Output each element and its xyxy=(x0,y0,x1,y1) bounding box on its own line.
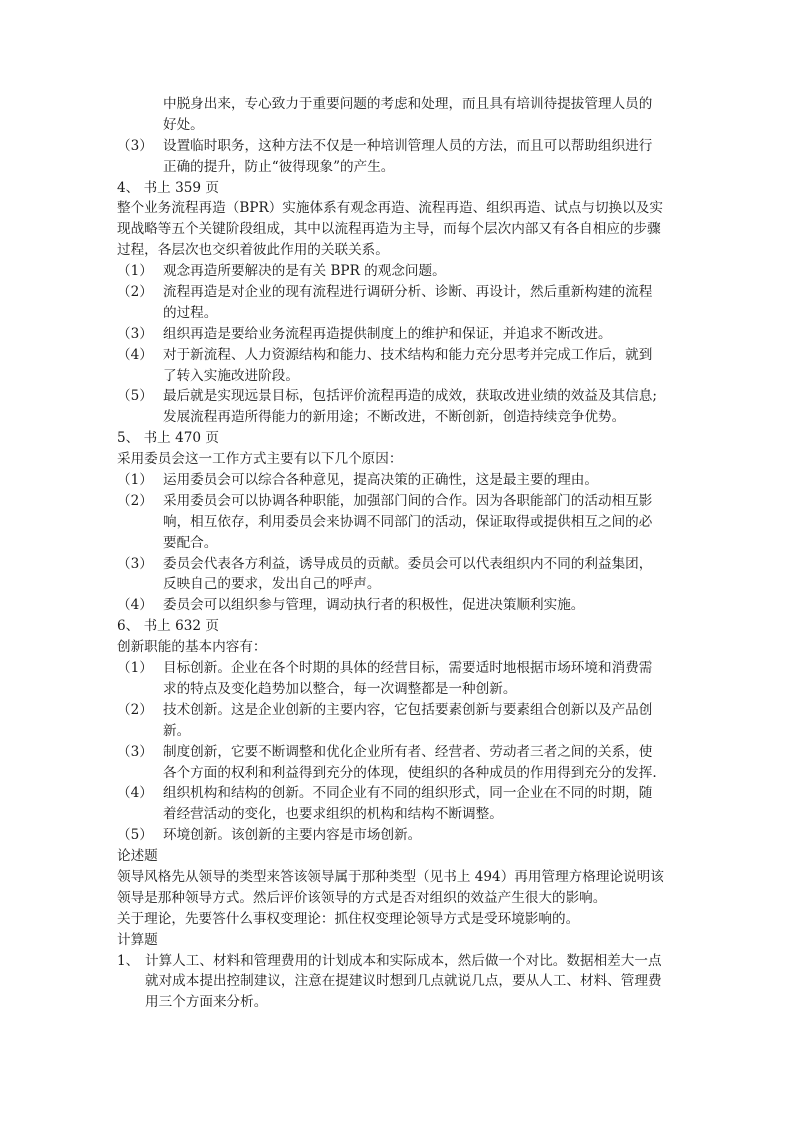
item-number: （1） xyxy=(117,261,163,282)
list-item-continuation: 中脱身出来，专心致力于重要问题的考虑和处理，而且具有培训待提拔管理人员的 xyxy=(117,94,675,115)
item-text: 最后就是实现远景目标，包括评价流程再造的成效，获取改进业绩的效益及其信息; xyxy=(163,386,675,407)
paragraph-line: 采用委员会这一工作方式主要有以下几个原因： xyxy=(117,449,675,470)
list-item-continuation: 要配合。 xyxy=(117,533,675,554)
item-text: 采用委员会可以协调各种职能，加强部门间的合作。因为各职能部门的活动相互影 xyxy=(163,491,675,512)
item-number: （4） xyxy=(117,783,163,804)
text-line: 各个方面的权利和利益得到充分的体现，使组织的各种成员的作用得到充分的发挥. xyxy=(163,765,657,781)
item-number: （1） xyxy=(117,658,163,679)
item-text: 委员会可以组织参与管理，调动执行者的积极性，促进决策顺利实施。 xyxy=(163,595,675,616)
list-item: （3）组织再造是要给业务流程再造提供制度上的维护和保证，并追求不断改进。 xyxy=(117,324,675,345)
item-number: （3） xyxy=(117,136,163,157)
list-item: （5）环境创新。该创新的主要内容是市场创新。 xyxy=(117,825,675,846)
list-item: （1）观念再造所要解决的是有关 BPR 的观念问题。 xyxy=(117,261,675,282)
list-item: （4）组织机构和结构的创新。不同企业有不同的组织形式，同一企业在不同的时期，随 xyxy=(117,783,675,804)
list-item: （1）运用委员会可以综合各种意见，提高决策的正确性，这是最主要的理由。 xyxy=(117,470,675,491)
list-item-continuation: 了转入实施改进阶段。 xyxy=(117,366,675,387)
list-item-continuation: 就对成本提出控制建议，注意在提建议时想到几点就说几点，要从人工、材料、管理费 xyxy=(117,971,675,992)
list-item: （3）设置临时职务，这种方法不仅是一种培训管理人员的方法，而且可以帮助组织进行 xyxy=(117,136,675,157)
item-number: （2） xyxy=(117,282,163,303)
list-item: （5）最后就是实现远景目标，包括评价流程再造的成效，获取改进业绩的效益及其信息; xyxy=(117,386,675,407)
list-item: （4）对于新流程、人力资源结构和能力、技术结构和能力充分思考并完成工作后，就到 xyxy=(117,345,675,366)
item-text: 环境创新。该创新的主要内容是市场创新。 xyxy=(163,825,675,846)
text-line: 用三个方面来分析。 xyxy=(145,994,267,1010)
item-text: 组织再造是要给业务流程再造提供制度上的维护和保证，并追求不断改进。 xyxy=(163,324,675,345)
item-number: （1） xyxy=(117,470,163,491)
list-item-continuation: 的过程。 xyxy=(117,303,675,324)
document-page: 中脱身出来，专心致力于重要问题的考虑和处理，而且具有培训待提拔管理人员的 好处。… xyxy=(0,0,794,1123)
text-line: 反映自己的要求，发出自己的呼声。 xyxy=(163,576,381,592)
paragraph-line: 领导是那种领导方式。然后评价该领导的方式是否对组织的效益产生很大的影响。 xyxy=(117,888,675,909)
paragraph-line: 现战略等五个关键阶段组成，其中以流程再造为主导，而每个层次内部又有各自相应的步骤 xyxy=(117,219,675,240)
list-item-continuation: 好处。 xyxy=(117,115,675,136)
item-text: 制度创新，它要不断调整和优化企业所有者、经营者、劳动者三者之间的关系，使 xyxy=(163,742,675,763)
text-line: 就对成本提出控制建议，注意在提建议时想到几点就说几点，要从人工、材料、管理费 xyxy=(145,973,662,989)
list-item-continuation: 反映自己的要求，发出自己的呼声。 xyxy=(117,574,675,595)
section-heading-calculation: 计算题 xyxy=(117,930,675,951)
paragraph-line: 领导风格先从领导的类型来答该领导属于那种类型（见书上 494）再用管理方格理论说… xyxy=(117,867,675,888)
item-text: 委员会代表各方利益，诱导成员的贡献。委员会可以代表组织内不同的利益集团， xyxy=(163,554,675,575)
text-line: 新。 xyxy=(163,723,190,739)
list-item: （2）流程再造是对企业的现有流程进行调研分析、诊断、再设计，然后重新构建的流程 xyxy=(117,282,675,303)
paragraph-line: 过程，各层次也交织着彼此作用的关联关系。 xyxy=(117,240,675,261)
list-item: （1）目标创新。企业在各个时期的具体的经营目标，需要适时地根据市场环境和消费需 xyxy=(117,658,675,679)
item-number: （5） xyxy=(117,386,163,407)
text-line: 着经营活动的变化，也要求组织的机构和结构不断调整。 xyxy=(163,806,503,822)
item-text: 观念再造所要解决的是有关 BPR 的观念问题。 xyxy=(163,261,675,282)
text-line: 正确的提升，防止“彼得现象”的产生。 xyxy=(163,159,394,175)
item-text: 技术创新。这是企业创新的主要内容，它包括要素创新与要素组合创新以及产品创 xyxy=(163,700,675,721)
list-item: （3）制度创新，它要不断调整和优化企业所有者、经营者、劳动者三者之间的关系，使 xyxy=(117,742,675,763)
text-line: 响，相互依存，利用委员会来协调不同部门的活动，保证取得或提供相互之间的必 xyxy=(163,514,652,530)
item-number: 1、 xyxy=(117,951,145,972)
list-item: （2）采用委员会可以协调各种职能，加强部门间的合作。因为各职能部门的活动相互影 xyxy=(117,491,675,512)
list-item: 1、计算人工、材料和管理费用的计划成本和实际成本，然后做一个对比。数据相差大一点 xyxy=(117,951,675,972)
list-item: （4）委员会可以组织参与管理，调动执行者的积极性，促进决策顺利实施。 xyxy=(117,595,675,616)
list-item: （2）技术创新。这是企业创新的主要内容，它包括要素创新与要素组合创新以及产品创 xyxy=(117,700,675,721)
item-text: 运用委员会可以综合各种意见，提高决策的正确性，这是最主要的理由。 xyxy=(163,470,675,491)
list-item-continuation: 求的特点及变化趋势加以整合，每一次调整都是一种创新。 xyxy=(117,679,675,700)
document-body: 中脱身出来，专心致力于重要问题的考虑和处理，而且具有培训待提拔管理人员的 好处。… xyxy=(117,94,675,1013)
item-number: （5） xyxy=(117,825,163,846)
item-text: 对于新流程、人力资源结构和能力、技术结构和能力充分思考并完成工作后，就到 xyxy=(163,345,675,366)
list-item-continuation: 新。 xyxy=(117,721,675,742)
text-line: 好处。 xyxy=(163,117,204,133)
item-number: （2） xyxy=(117,700,163,721)
item-text: 计算人工、材料和管理费用的计划成本和实际成本，然后做一个对比。数据相差大一点 xyxy=(145,951,675,972)
list-item: （3）委员会代表各方利益，诱导成员的贡献。委员会可以代表组织内不同的利益集团， xyxy=(117,554,675,575)
text-line: 了转入实施改进阶段。 xyxy=(163,368,299,384)
section-heading-essay: 论述题 xyxy=(117,846,675,867)
section-heading: 5、 书上 470 页 xyxy=(117,428,675,449)
item-text: 流程再造是对企业的现有流程进行调研分析、诊断、再设计，然后重新构建的流程 xyxy=(163,282,675,303)
item-text: 目标创新。企业在各个时期的具体的经营目标，需要适时地根据市场环境和消费需 xyxy=(163,658,675,679)
item-number: （4） xyxy=(117,595,163,616)
item-text: 组织机构和结构的创新。不同企业有不同的组织形式，同一企业在不同的时期，随 xyxy=(163,783,675,804)
text-line: 发展流程再造所得能力的新用途；不断改进，不断创新，创造持续竞争优势。 xyxy=(163,409,625,425)
item-number: （2） xyxy=(117,491,163,512)
paragraph-line: 整个业务流程再造（BPR）实施体系有观念再造、流程再造、组织再造、试点与切换以及… xyxy=(117,198,675,219)
item-number: （3） xyxy=(117,554,163,575)
item-number: （3） xyxy=(117,742,163,763)
item-number: （3） xyxy=(117,324,163,345)
text-line: 中脱身出来，专心致力于重要问题的考虑和处理，而且具有培训待提拔管理人员的 xyxy=(163,96,652,112)
section-heading: 6、 书上 632 页 xyxy=(117,616,675,637)
list-item-continuation: 用三个方面来分析。 xyxy=(117,992,675,1013)
list-item-continuation: 响，相互依存，利用委员会来协调不同部门的活动，保证取得或提供相互之间的必 xyxy=(117,512,675,533)
list-item-continuation: 各个方面的权利和利益得到充分的体现，使组织的各种成员的作用得到充分的发挥. xyxy=(117,763,675,784)
paragraph-line: 关于理论，先要答什么事权变理论：抓住权变理论领导方式是受环境影响的。 xyxy=(117,909,675,930)
list-item-continuation: 发展流程再造所得能力的新用途；不断改进，不断创新，创造持续竞争优势。 xyxy=(117,407,675,428)
list-item-continuation: 着经营活动的变化，也要求组织的机构和结构不断调整。 xyxy=(117,804,675,825)
section-heading: 4、 书上 359 页 xyxy=(117,178,675,199)
text-line: 要配合。 xyxy=(163,535,217,551)
text-line: 的过程。 xyxy=(163,305,217,321)
text-line: 求的特点及变化趋势加以整合，每一次调整都是一种创新。 xyxy=(163,681,516,697)
item-number: （4） xyxy=(117,345,163,366)
paragraph-line: 创新职能的基本内容有： xyxy=(117,637,675,658)
list-item-continuation: 正确的提升，防止“彼得现象”的产生。 xyxy=(117,157,675,178)
item-text: 设置临时职务，这种方法不仅是一种培训管理人员的方法，而且可以帮助组织进行 xyxy=(163,136,675,157)
